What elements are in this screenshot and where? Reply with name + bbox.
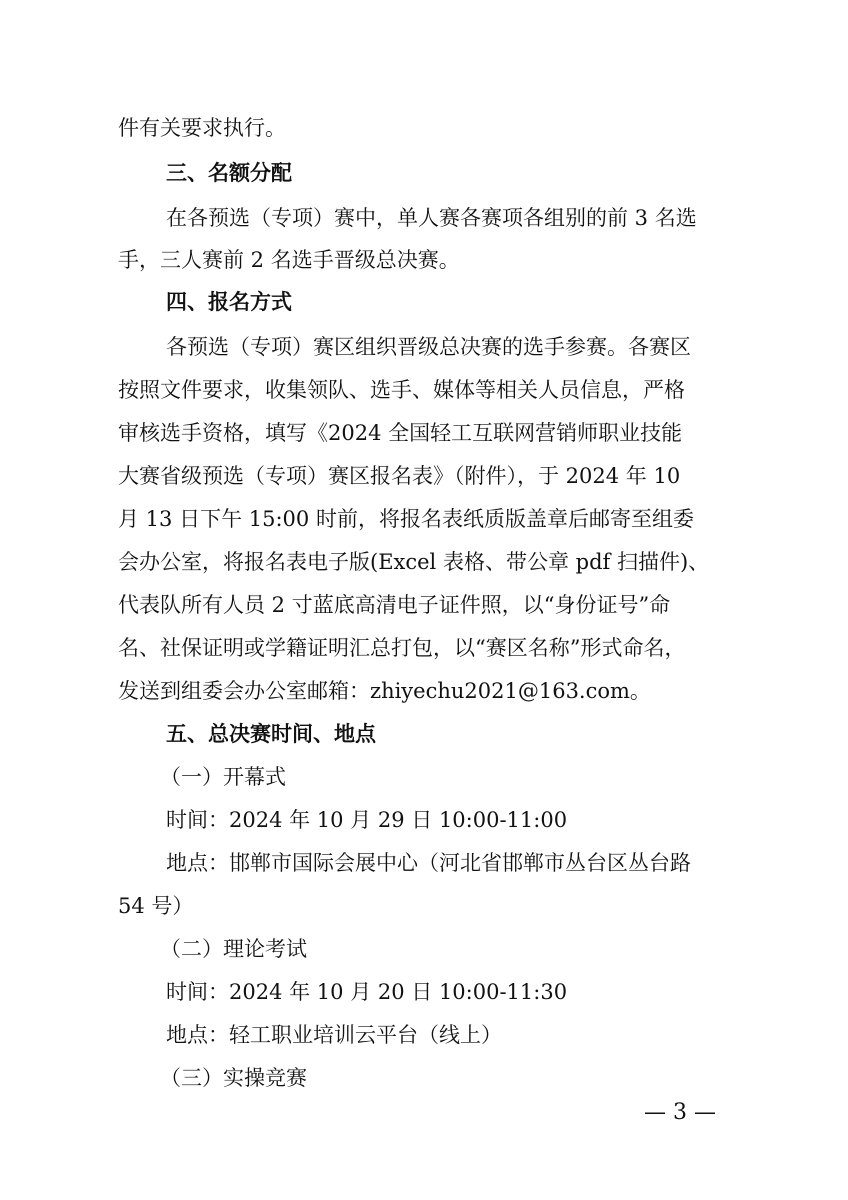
heading-text: 三、名额分配	[166, 158, 292, 188]
text: 月 13 日下午 15:00 时前，将报名表纸质版盖章后邮寄至组委	[118, 504, 694, 534]
text: 按照文件要求，收集领队、选手、媒体等相关人员信息，严格	[118, 375, 685, 405]
text: 名、社保证明或学籍证明汇总打包，以“赛区名称”形式命名，	[118, 633, 685, 663]
text: 发送到组委会办公室邮箱：zhiyechu2021@163.com。	[118, 676, 651, 706]
text: （一）开幕式	[160, 762, 286, 792]
text: 地点：邯郸市国际会展中心（河北省邯郸市丛台区丛台路	[166, 848, 691, 878]
text: 在各预选（专项）赛中，单人赛各赛项各组别的前 3 名选	[166, 203, 697, 233]
text: 大赛省级预选（专项）赛区报名表》（附件），于 2024 年 10	[118, 461, 680, 491]
text: 54 号）	[118, 891, 193, 921]
heading-text: 五、总决赛时间、地点	[166, 719, 376, 749]
text: 手，三人赛前 2 名选手晋级总决赛。	[118, 245, 460, 275]
text: 时间：2024 年 10 月 29 日 10:00-11:00	[166, 805, 567, 835]
text: 地点：轻工职业培训云平台（线上）	[166, 1020, 502, 1050]
text: 各预选（专项）赛区组织晋级总决赛的选手参赛。各赛区	[166, 332, 691, 362]
text: 时间：2024 年 10 月 20 日 10:00-11:30	[166, 977, 567, 1007]
text: （三）实操竞赛	[160, 1063, 307, 1093]
heading-text: 四、报名方式	[166, 287, 292, 317]
text: （二）理论考试	[160, 934, 307, 964]
text: 审核选手资格，填写《2024 全国轻工互联网营销师职业技能	[118, 418, 682, 448]
text: 件有关要求执行。	[118, 113, 286, 143]
page-number: — 3 —	[644, 1098, 716, 1128]
text: 代表队所有人员 2 寸蓝底高清电子证件照，以“身份证号”命	[118, 590, 670, 620]
text: 会办公室，将报名表电子版(Excel 表格、带公章 pdf 扫描件)、	[118, 547, 709, 577]
